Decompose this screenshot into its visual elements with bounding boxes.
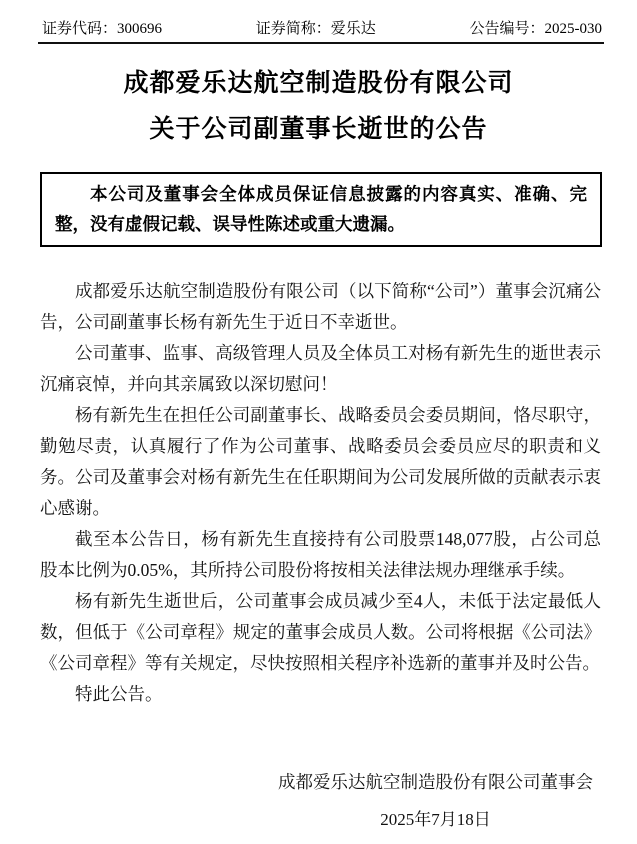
body-paragraph: 特此公告。 <box>40 679 601 710</box>
body-paragraph: 杨有新先生在担任公司副董事长、战略委员会委员期间，恪尽职守，勤勉尽责，认真履行了… <box>40 400 601 524</box>
announcement-title: 关于公司副董事长逝世的公告 <box>0 117 637 142</box>
company-title: 成都爱乐达航空制造股份有限公司 <box>0 71 637 96</box>
document-header: 证券代码：300696 证券简称：爱乐达 公告编号：2025-030 <box>38 17 604 38</box>
document-body: 成都爱乐达航空制造股份有限公司（以下简称“公司”）董事会沉痛公告，公司副董事长杨… <box>40 276 601 710</box>
announcement-number-label: 公告编号： <box>469 21 544 37</box>
announcement-number-value: 2025-030 <box>545 21 603 37</box>
disclaimer-box: 本公司及董事会全体成员保证信息披露的内容真实、准确、完整，没有虚假记载、误导性陈… <box>40 172 602 247</box>
header-divider: 证券代码：300696 证券简称：爱乐达 公告编号：2025-030 <box>38 0 604 44</box>
signature-company: 成都爱乐达航空制造股份有限公司董事会 <box>278 769 593 794</box>
signature-date: 2025年7月18日 <box>278 805 593 830</box>
stock-abbr-value: 爱乐达 <box>331 21 376 37</box>
body-paragraph: 杨有新先生逝世后，公司董事会成员减少至4人，未低于法定最低人数，但低于《公司章程… <box>40 586 601 679</box>
disclaimer-text: 本公司及董事会全体成员保证信息披露的内容真实、准确、完整，没有虚假记载、误导性陈… <box>55 179 587 239</box>
stock-code-value: 300696 <box>117 21 162 37</box>
body-paragraph: 成都爱乐达航空制造股份有限公司（以下简称“公司”）董事会沉痛公告，公司副董事长杨… <box>40 276 601 338</box>
stock-abbr: 证券简称：爱乐达 <box>256 17 376 38</box>
announcement-page: 证券代码：300696 证券简称：爱乐达 公告编号：2025-030 成都爱乐达… <box>0 0 637 844</box>
stock-code: 证券代码：300696 <box>42 17 162 38</box>
announcement-number: 公告编号：2025-030 <box>469 17 602 38</box>
body-paragraph: 截至本公告日，杨有新先生直接持有公司股票148,077股，占公司总股本比例为0.… <box>40 524 601 586</box>
stock-abbr-label: 证券简称： <box>256 21 331 37</box>
body-paragraph: 公司董事、监事、高级管理人员及全体员工对杨有新先生的逝世表示沉痛哀悼，并向其亲属… <box>40 338 601 400</box>
stock-code-label: 证券代码： <box>42 21 117 37</box>
signature-block: 成都爱乐达航空制造股份有限公司董事会 2025年7月18日 <box>278 769 593 830</box>
